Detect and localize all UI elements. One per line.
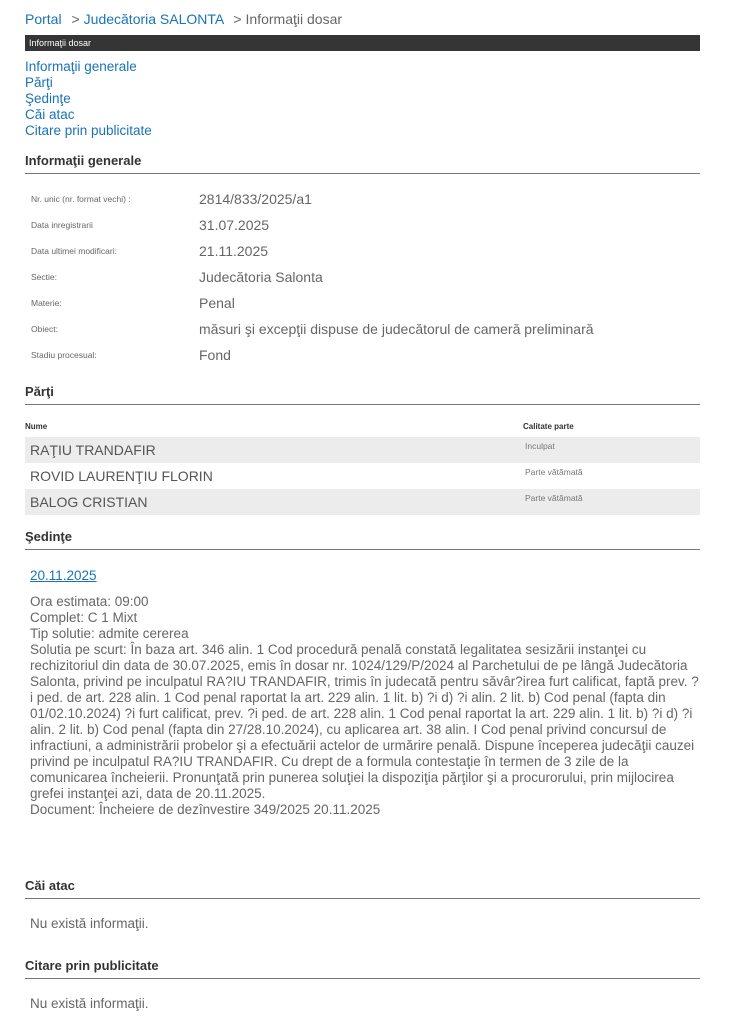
column-header-calitate: Calitate parte [523, 422, 574, 431]
field-value: 31.07.2025 [199, 217, 269, 233]
general-row: Data ultimei modificari: 21.11.2025 [25, 246, 700, 272]
nav-informatii-generale[interactable]: Informaţii generale [25, 59, 152, 75]
breadcrumb-current: Informaţii dosar [246, 11, 342, 27]
nav-cai-atac[interactable]: Căi atac [25, 107, 152, 123]
section-heading-cai-atac: Căi atac [25, 878, 700, 899]
nav-sedinte[interactable]: Şedinţe [25, 91, 152, 107]
cai-atac-empty-message: Nu există informaţii. [30, 916, 149, 931]
section-heading-citare: Citare prin publicitate [25, 958, 700, 979]
parti-table-header: Nume Calitate parte [25, 422, 700, 431]
party-role: Parte vătămată [525, 493, 583, 503]
general-row: Sectie: Judecătoria Salonta [25, 272, 700, 298]
hearing-time: Ora estimata: 09:00 [30, 594, 700, 610]
hearing-panel: Complet: C 1 Mixt [30, 610, 700, 626]
party-role: Inculpat [525, 441, 555, 451]
breadcrumb-portal[interactable]: Portal [25, 11, 62, 27]
nav-parti[interactable]: Părţi [25, 75, 152, 91]
general-row: Obiect: măsuri şi excepţii dispuse de ju… [25, 324, 700, 350]
breadcrumb-separator: > [71, 11, 79, 27]
table-row: RAŢIU TRANDAFIR Inculpat [25, 437, 700, 463]
party-name: BALOG CRISTIAN [30, 494, 147, 510]
citare-empty-message: Nu există informaţii. [30, 996, 149, 1011]
field-value: Fond [199, 347, 231, 363]
field-value: 21.11.2025 [199, 243, 268, 259]
general-row: Data inregistrarii 31.07.2025 [25, 220, 700, 246]
field-value: 2814/833/2025/a1 [199, 191, 312, 207]
field-label: Sectie: [31, 272, 57, 282]
hearing-solution-type: Tip solutie: admite cererea [30, 626, 700, 642]
breadcrumb-court[interactable]: Judecătoria SALONTA [84, 11, 224, 27]
field-value: Penal [199, 295, 235, 311]
table-row: BALOG CRISTIAN Parte vătămată [25, 489, 700, 515]
party-name: RAŢIU TRANDAFIR [30, 442, 156, 458]
field-label: Materie: [31, 298, 62, 308]
field-label: Obiect: [31, 324, 58, 334]
party-name: ROVID LAURENŢIU FLORIN [30, 468, 213, 484]
nav-citare-prin-publicitate[interactable]: Citare prin publicitate [25, 123, 152, 139]
party-role: Parte vătămată [525, 467, 583, 477]
hearing-document: Document: Încheiere de dezînvestire 349/… [30, 802, 700, 818]
breadcrumb: Portal >Judecătoria SALONTA >Informaţii … [25, 11, 342, 27]
field-value: măsuri şi excepţii dispuse de judecătoru… [199, 321, 594, 337]
field-label: Stadiu procesual: [31, 350, 97, 360]
field-label: Nr. unic (nr. format vechi) : [31, 194, 131, 204]
column-header-nume: Nume [25, 422, 47, 431]
field-label: Data inregistrarii [31, 220, 93, 230]
section-heading-sedinte: Şedinţe [25, 529, 700, 550]
hearing-date-link[interactable]: 20.11.2025 [30, 568, 97, 583]
section-heading-parti: Părţi [25, 384, 700, 405]
table-row: ROVID LAURENŢIU FLORIN Parte vătămată [25, 463, 700, 489]
hearing-details: Ora estimata: 09:00 Complet: C 1 Mixt Ti… [30, 594, 700, 818]
general-row: Stadiu procesual: Fond [25, 350, 700, 376]
general-row: Nr. unic (nr. format vechi) : 2814/833/2… [25, 194, 700, 220]
section-nav: Informaţii generale Părţi Şedinţe Căi at… [25, 59, 152, 139]
breadcrumb-separator: > [233, 11, 241, 27]
field-label: Data ultimei modificari: [31, 246, 117, 256]
hearing-solution-text: Solutia pe scurt: În baza art. 346 alin.… [30, 642, 700, 802]
section-heading-general: Informaţii generale [25, 153, 700, 174]
field-value: Judecătoria Salonta [199, 269, 323, 285]
page-title-bar: Informaţii dosar [25, 35, 700, 51]
